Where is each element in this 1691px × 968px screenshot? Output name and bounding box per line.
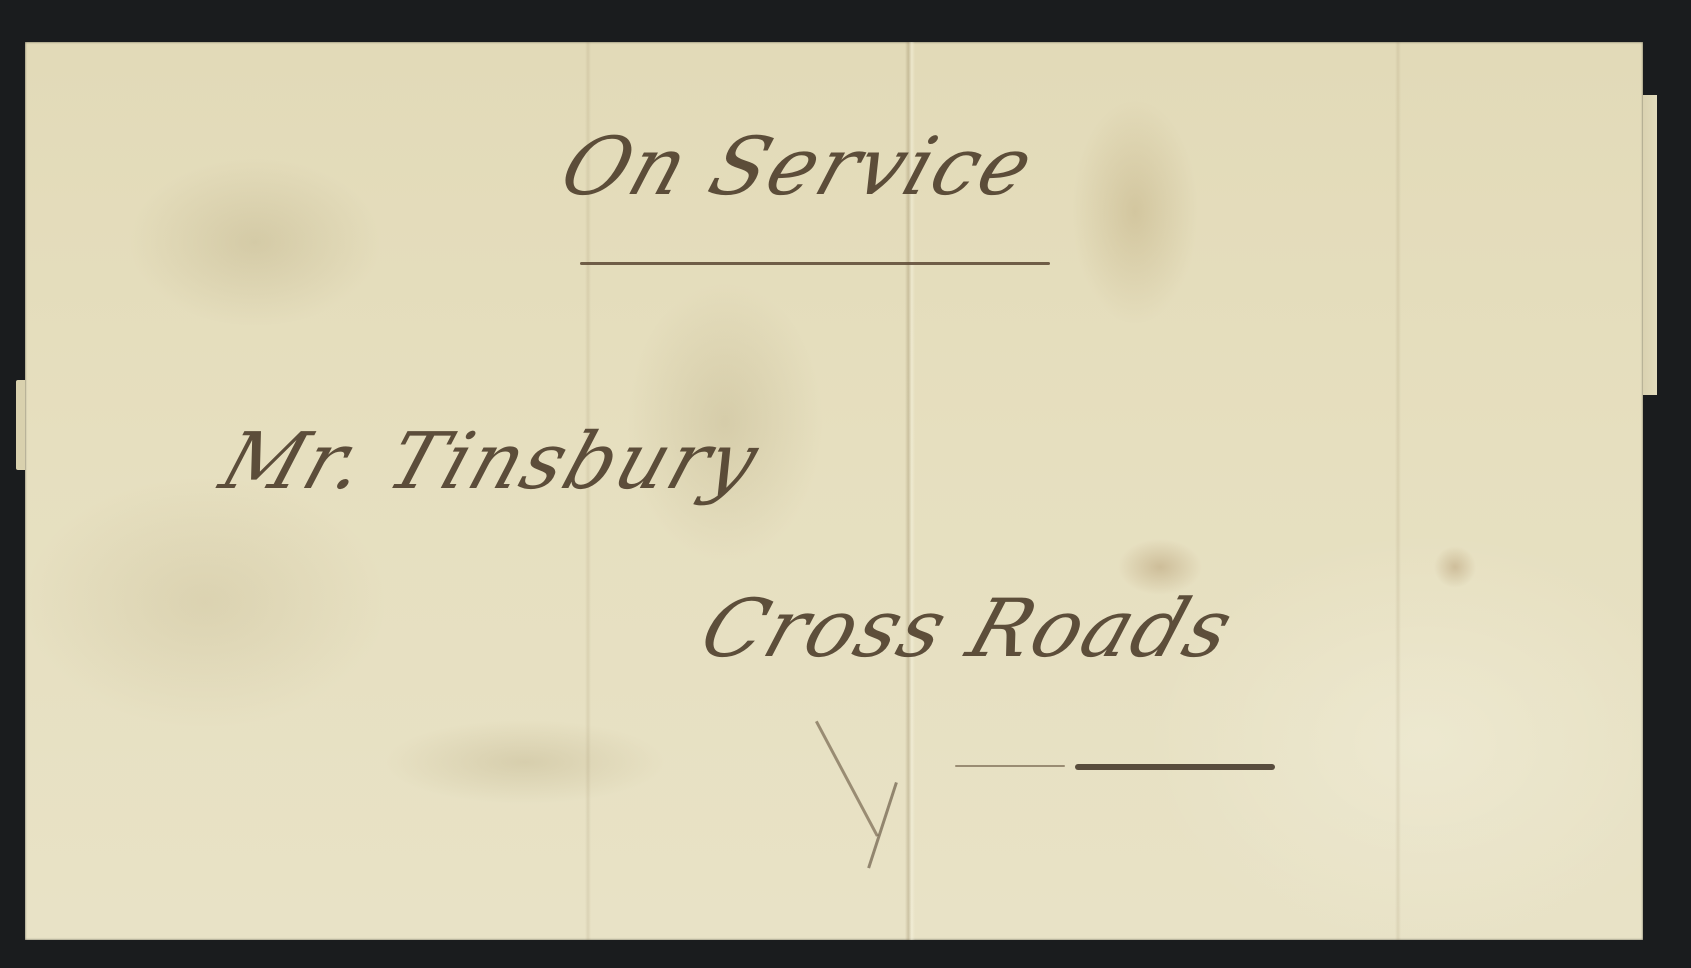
endorsement-underline — [580, 262, 1050, 265]
destination-underline — [1075, 764, 1275, 770]
fold-crease — [1395, 42, 1401, 940]
letter-cover: On Service Mr. Tinsbury Cross Roads — [25, 42, 1643, 940]
addressee-text: Mr. Tinsbury — [210, 417, 770, 507]
photo-stage: On Service Mr. Tinsbury Cross Roads — [0, 0, 1691, 968]
destination-text: Cross Roads — [690, 582, 1246, 675]
endorsement-text: On Service — [550, 120, 1046, 213]
destination-underline-faint — [955, 765, 1065, 767]
ink-stroke — [815, 721, 879, 837]
